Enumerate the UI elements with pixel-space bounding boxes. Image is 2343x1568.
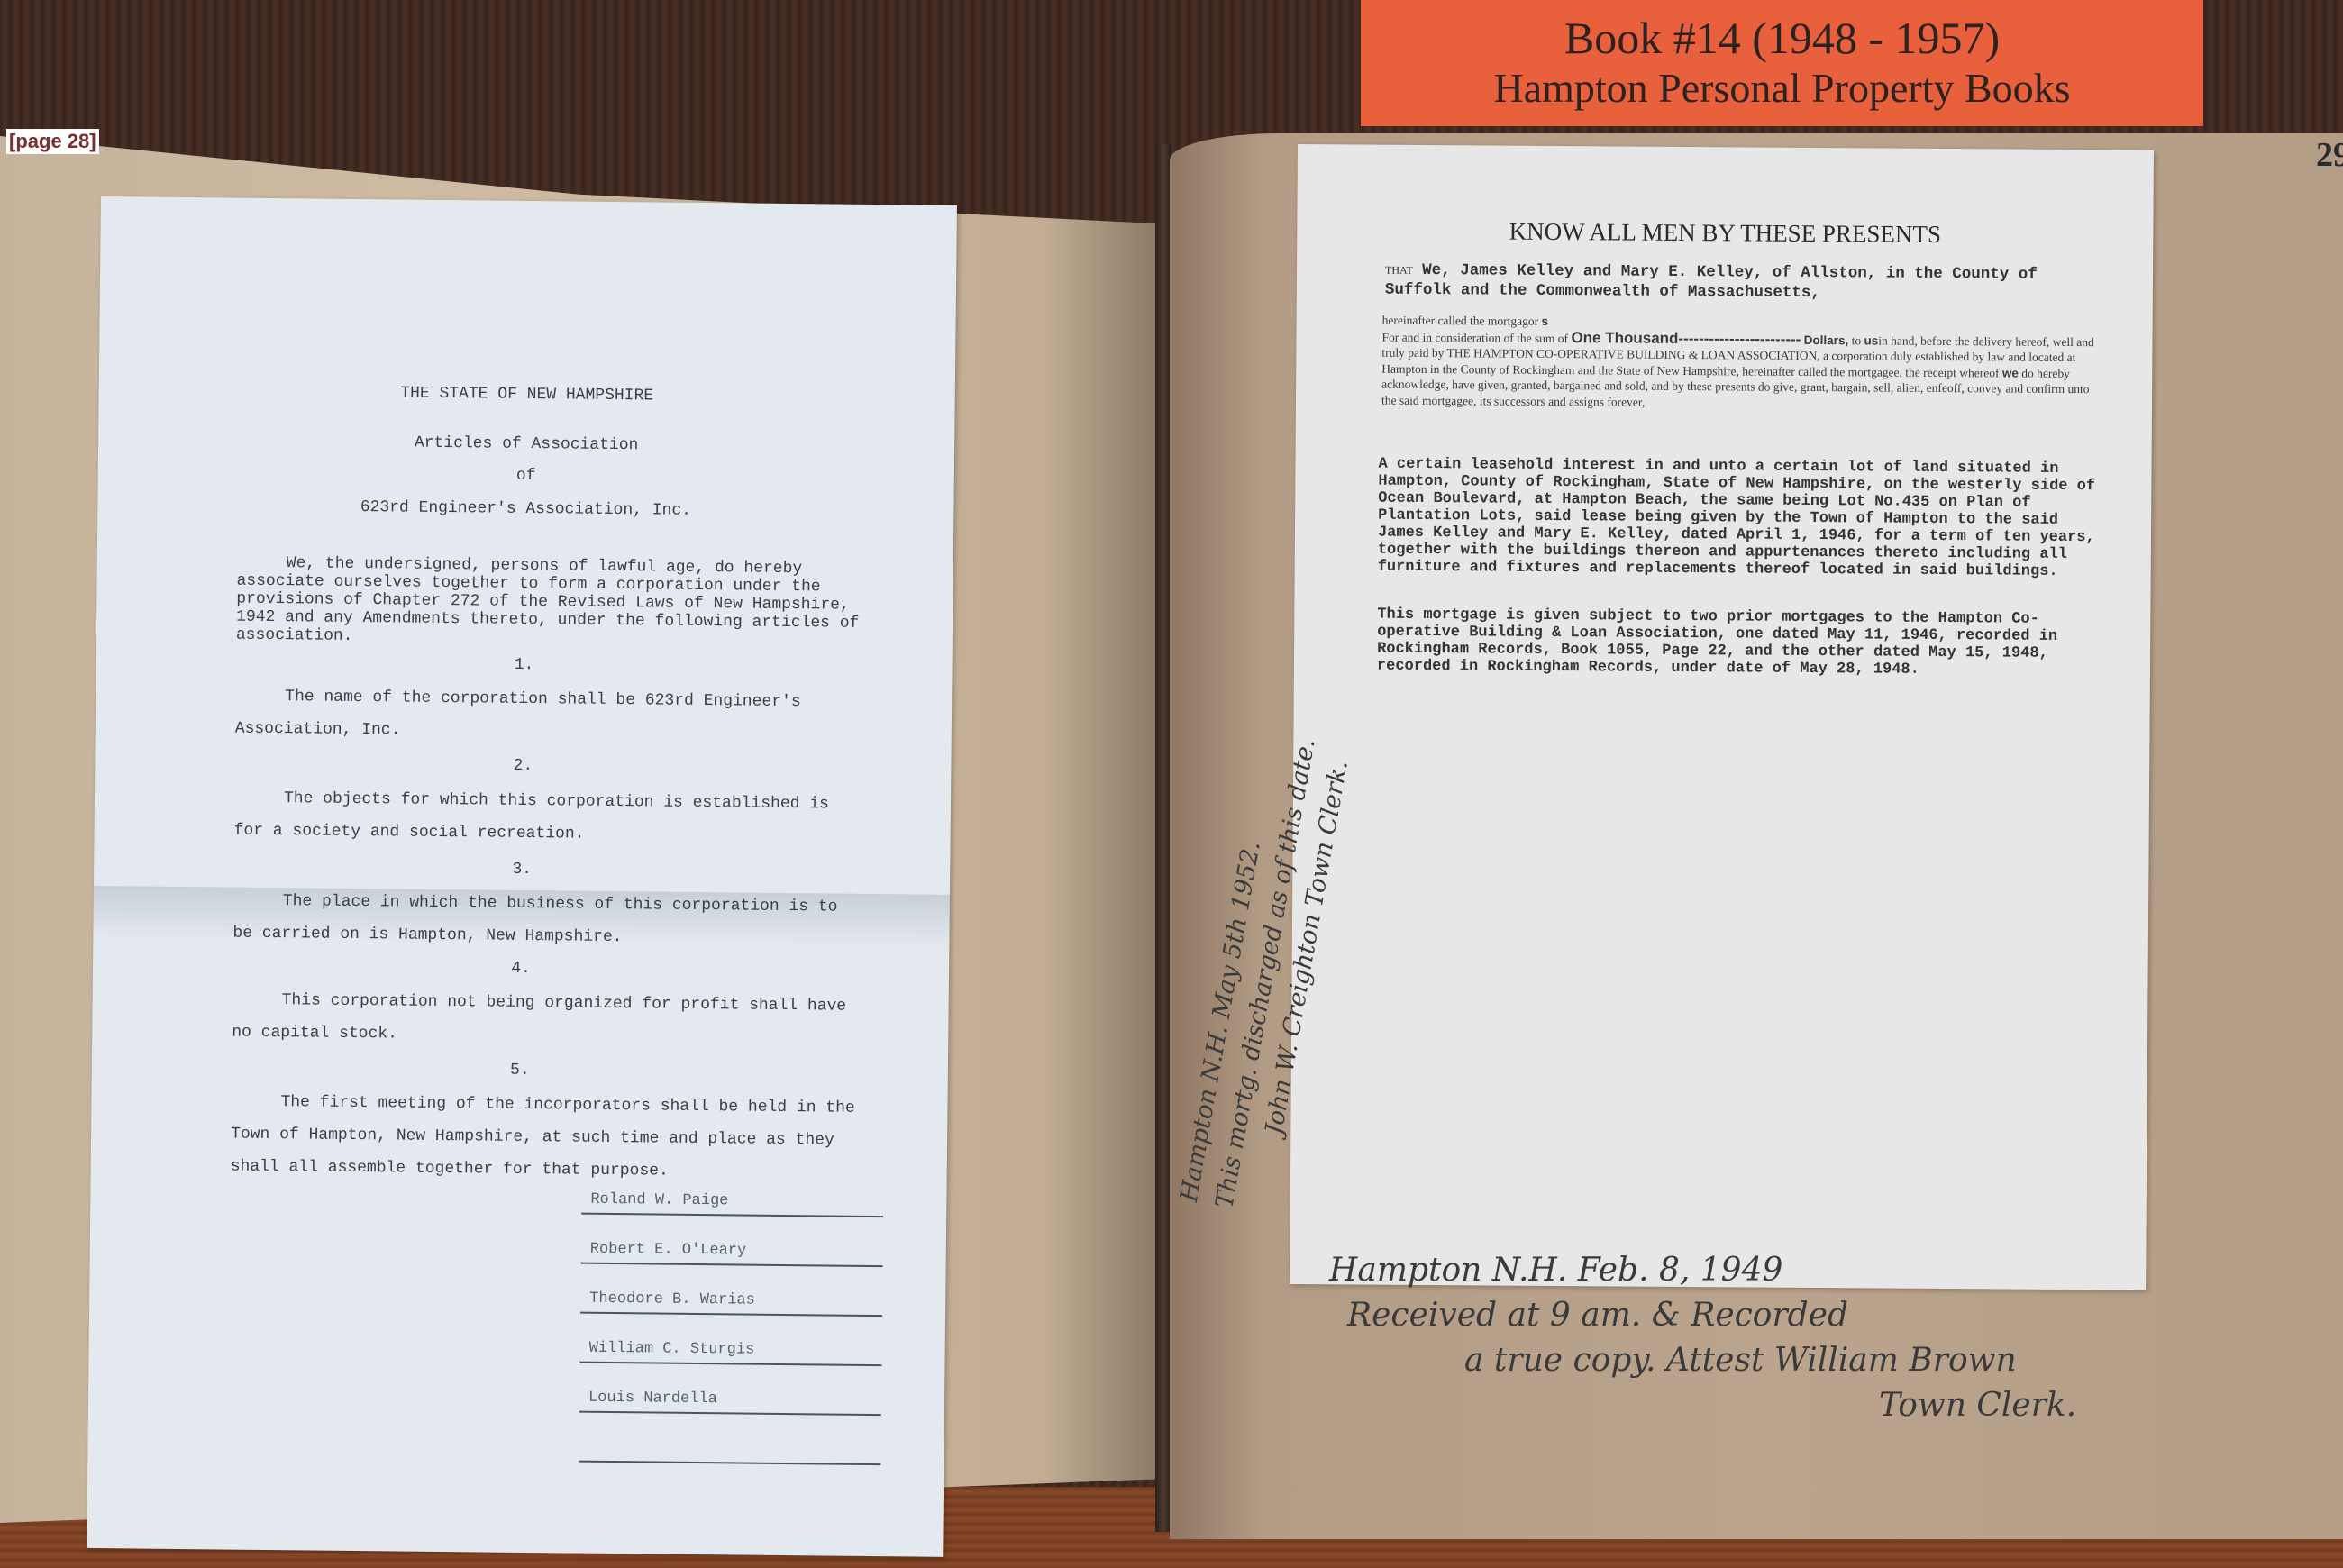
signature-line: Theodore B. Warias: [580, 1290, 882, 1317]
mortgage-heading: KNOW ALL MEN BY THESE PRESENTS: [1297, 216, 2153, 251]
mortgage-document: KNOW ALL MEN BY THESE PRESENTS THAT We, …: [1290, 144, 2154, 1290]
property-description: A certain leasehold interest in and unto…: [1378, 456, 2109, 581]
recording-line: Town Clerk.: [1329, 1383, 2076, 1428]
signature-line-blank: [579, 1439, 880, 1466]
dollars-text: Dollars,: [1804, 333, 1849, 346]
hereinafter-text: hereinafter called the mortgagor: [1382, 314, 1539, 328]
article-number: 4.: [93, 955, 949, 982]
signature-line: Louis Nardella: [579, 1390, 881, 1417]
subject-clause: This mortgage is given subject to two pr…: [1377, 606, 2108, 680]
parties-text: We, James Kelley and Mary E. Kelley, of …: [1385, 261, 2038, 302]
article-text: The objects for which this corporation i…: [233, 782, 865, 853]
mortgagor-suffix: s: [1542, 315, 1549, 328]
article-text: This corporation not being organized for…: [232, 984, 863, 1055]
page-label-left: [page 28]: [6, 129, 99, 154]
us-text: us: [1864, 333, 1878, 347]
consideration-text: For and in consideration of the sum of: [1381, 330, 1568, 344]
page-number-right: 29: [2316, 135, 2343, 175]
article-number: 3.: [94, 856, 950, 883]
articles-of: of: [98, 462, 954, 489]
article-number: 5.: [92, 1057, 948, 1084]
recording-line: a true copy. Attest William Brown: [1329, 1338, 2076, 1383]
articles-document: THE STATE OF NEW HAMPSHIRE Articles of A…: [87, 196, 957, 1557]
recording-line: Received at 9 am. & Recorded: [1329, 1293, 2076, 1338]
article-number: 1.: [96, 652, 953, 679]
articles-title: Articles of Association: [98, 431, 954, 458]
that-label: THAT: [1385, 264, 1413, 277]
book-tab: Book #14 (1948 - 1957) Hampton Personal …: [1361, 0, 2203, 126]
signature-line: Robert E. O'Leary: [581, 1241, 883, 1268]
we-text: we: [2002, 366, 2019, 379]
state-heading: THE STATE OF NEW HAMPSHIRE: [99, 381, 955, 408]
preamble: We, the undersigned, persons of lawful a…: [236, 554, 868, 651]
printed-clause: hereinafter called the mortgagor s For a…: [1381, 313, 2103, 414]
mortgage-parties: THAT We, James Kelley and Mary E. Kelley…: [1385, 260, 2097, 305]
recording-note: Hampton N.H. Feb. 8, 1949 Received at 9 …: [1329, 1248, 2076, 1428]
article-text: The name of the corporation shall be 623…: [235, 680, 867, 752]
article-text: The place in which the business of this …: [232, 885, 864, 956]
book-tab-title: Book #14 (1948 - 1957): [1361, 13, 2203, 63]
signature-line: William C. Sturgis: [579, 1340, 881, 1367]
book-tab-subtitle: Hampton Personal Property Books: [1361, 63, 2203, 114]
recording-line: Hampton N.H. Feb. 8, 1949: [1329, 1248, 2076, 1293]
signature-line: Roland W. Paige: [581, 1191, 883, 1218]
article-number: 2.: [95, 752, 951, 779]
amount-text: One Thousand------------------------: [1571, 329, 1801, 348]
article-text: The first meeting of the incorporators s…: [231, 1086, 862, 1190]
organization-name: 623rd Engineer's Association, Inc.: [97, 496, 953, 523]
to-text: to: [1852, 333, 1862, 347]
